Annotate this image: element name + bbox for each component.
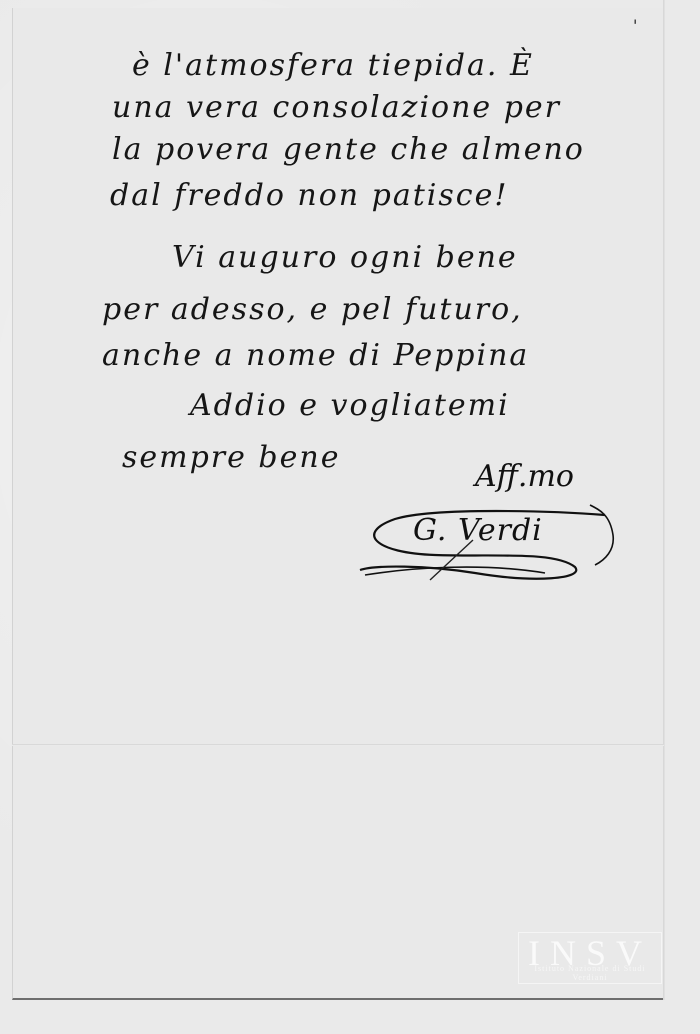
letter-line-2: una vera consolazione per (112, 90, 561, 125)
scanned-page: ' è l'atmosfera tiepida. È una vera cons… (0, 0, 700, 1034)
letter-line-9: sempre bene (122, 440, 340, 475)
letter-line-8: Addio e vogliatemi (190, 388, 510, 423)
signature-block: Aff.mo G. Verdi (355, 455, 625, 595)
letter-line-1: è l'atmosfera tiepida. È (132, 48, 534, 83)
letter-line-5: Vi auguro ogni bene (172, 240, 518, 275)
insv-watermark: INSV Istituto Nazionale di Studi Verdian… (518, 932, 662, 984)
letter-line-6: per adesso, e pel futuro, (102, 292, 523, 327)
letter-line-3: la povera gente che almeno (112, 132, 585, 167)
letter-line-4: dal freddo non patisce! (110, 178, 508, 213)
watermark-subtitle: Istituto Nazionale di Studi Verdiani (519, 964, 661, 982)
signature-name: G. Verdi (413, 513, 543, 548)
letter-line-7: anche a nome di Peppina (102, 338, 529, 373)
page-mark: ' (633, 16, 637, 35)
horizontal-fold-line (12, 744, 664, 746)
vertical-fold-line (663, 0, 665, 1000)
